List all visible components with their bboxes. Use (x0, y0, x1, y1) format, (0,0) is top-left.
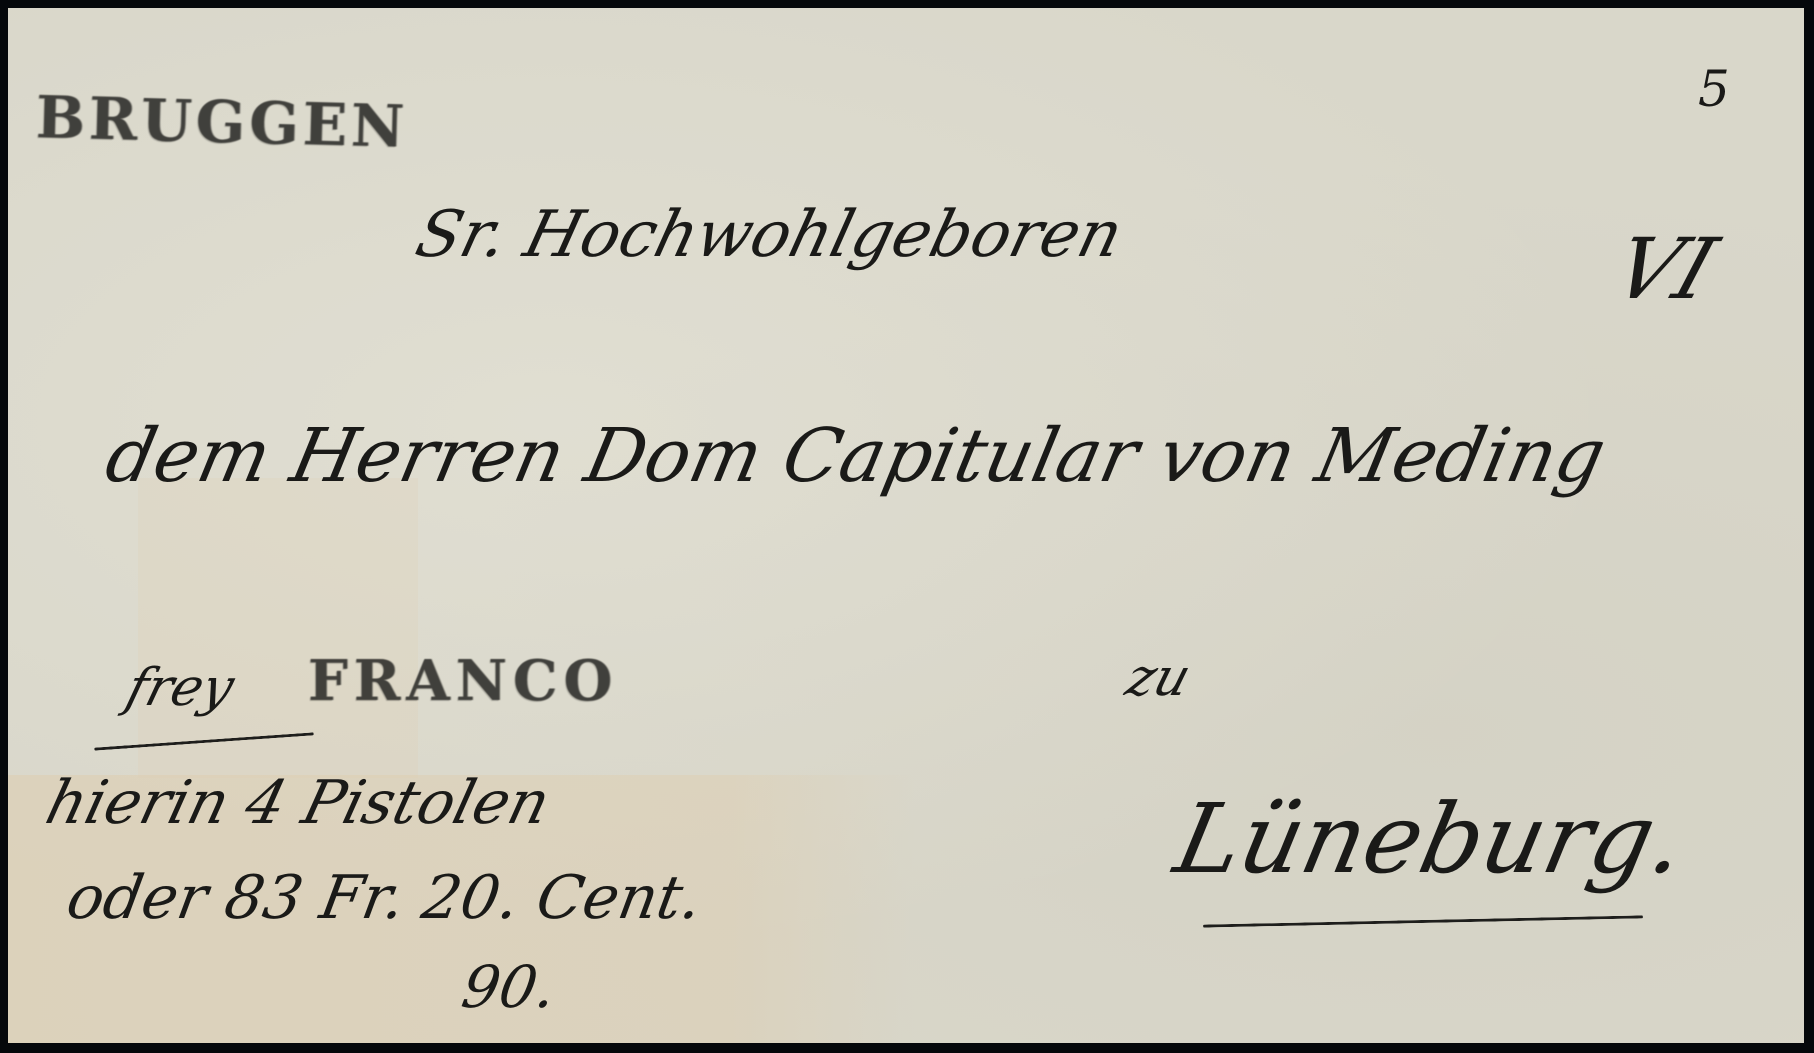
destination-underline (1203, 915, 1643, 927)
address-destination: Lüneburg. (1166, 783, 1695, 895)
postmark-franco: FRANCO (308, 648, 618, 714)
note-contents-line-1: hierin 4 Pistolen (39, 768, 557, 838)
rate-mark-number: 5 (1698, 60, 1730, 118)
rate-mark-roman: VI (1602, 220, 1728, 318)
address-salutation: Sr. Hochwohlgeboren (409, 198, 1130, 272)
letter-cover: BRUGGEN 5 VI Sr. Hochwohlgeboren dem Her… (8, 8, 1804, 1043)
paper-stain-vertical (138, 478, 418, 778)
postmark-origin: BRUGGEN (35, 83, 409, 161)
address-recipient: dem Herren Dom Capitular von Meding (99, 413, 1613, 499)
note-contents-line-2: oder 83 Fr. 20. Cent. (62, 863, 707, 933)
note-contents-line-3: 90. (457, 953, 561, 1021)
address-preposition: zu (1119, 648, 1197, 708)
note-frey: frey (120, 658, 240, 718)
